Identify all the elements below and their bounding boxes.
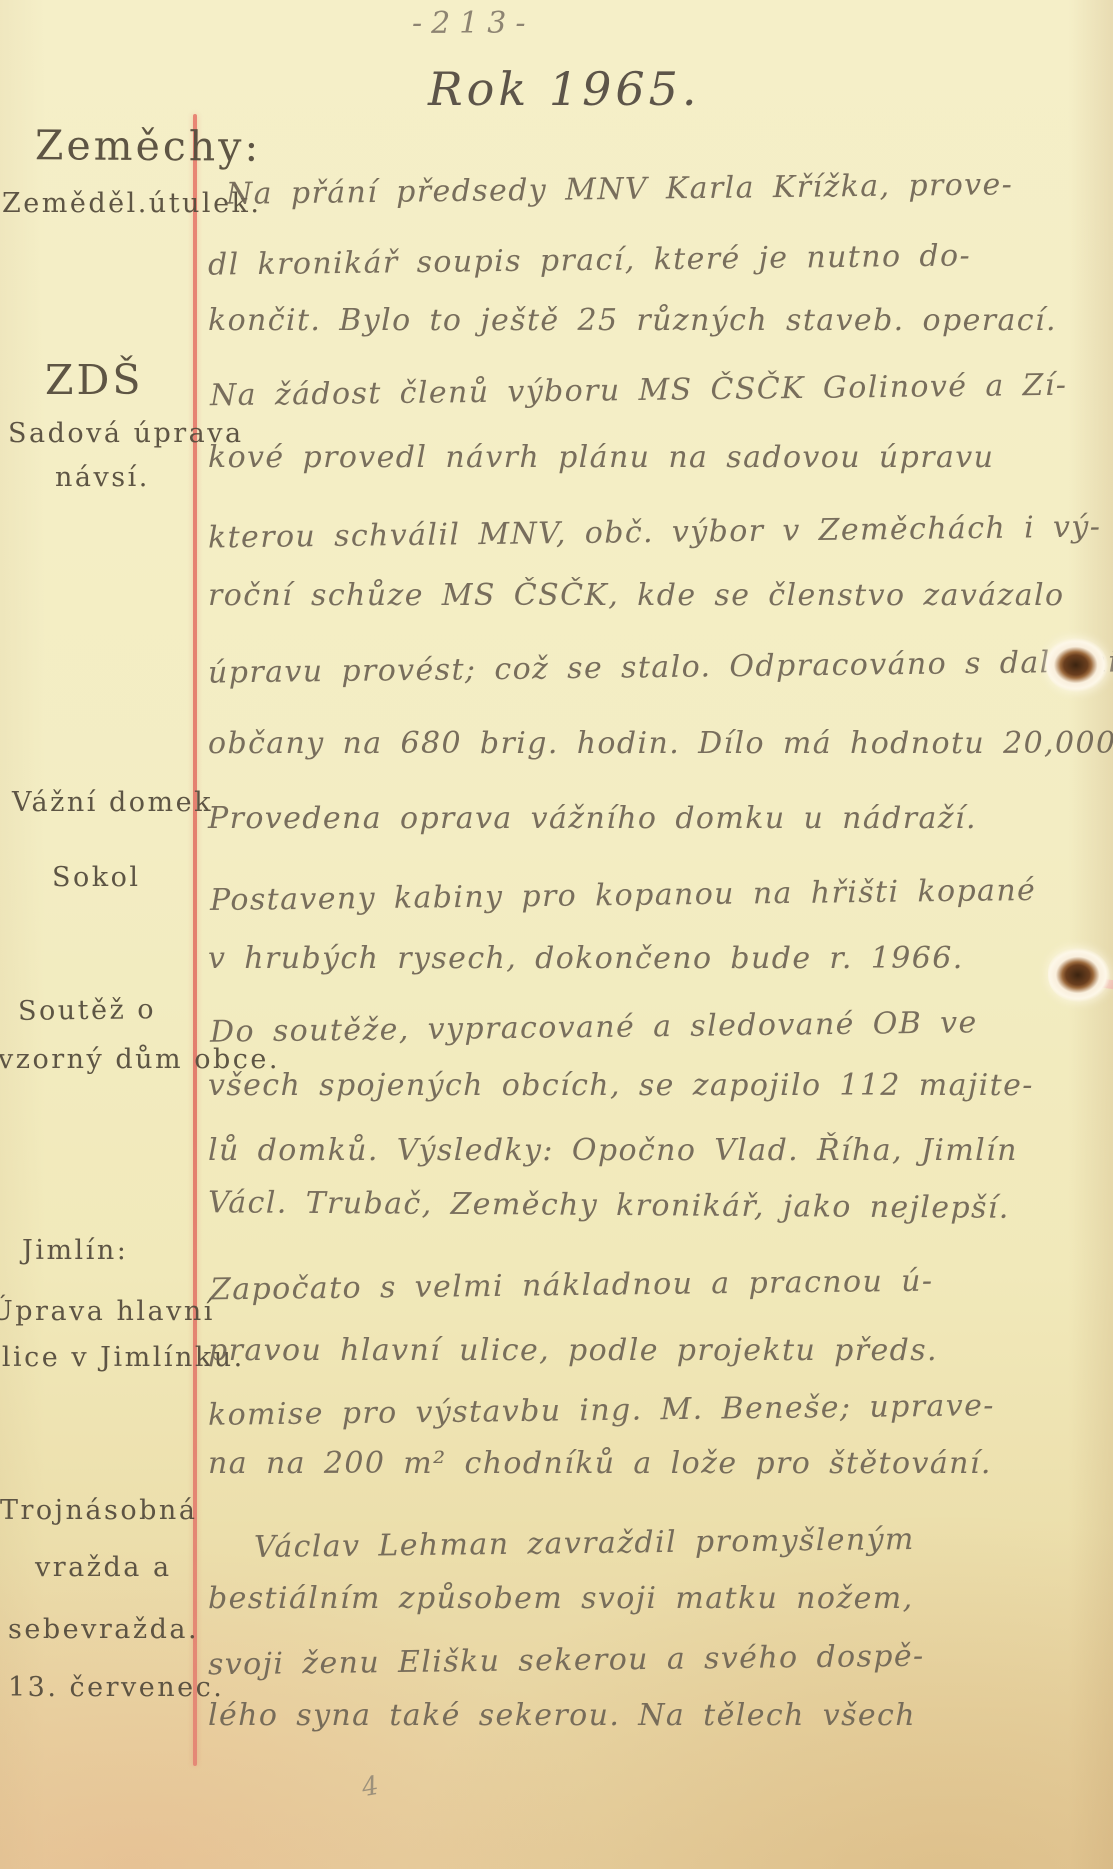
text-line: kové provedl návrh plánu na sadovou úpra… [208,440,994,475]
text-line: Započato s velmi nákladnou a pracnou ú- [210,1264,934,1308]
margin-heading: 13. červenec. [8,1672,224,1703]
margin-heading: Zeměděl.útulek. [2,188,262,219]
text-line: Na přání předsedy MNV Karla Křížka, prov… [226,167,1014,212]
text-line: Václ. Trubač, Zeměchy kronikář, jako nej… [208,1185,1010,1226]
text-line: roční schůze MS ČSČK, kde se členstvo za… [208,578,1064,613]
text-line: Do soutěže, vypracované a sledované OB v… [210,1005,978,1049]
margin-heading: Sokol [52,862,141,893]
margin-heading: Jimlín: [22,1235,128,1266]
text-line: končit. Bylo to ještě 25 různých staveb.… [208,303,1057,338]
page-number: -213- [412,6,535,41]
text-line: všech spojených obcích, se zapojilo 112 … [208,1068,1034,1103]
text-line: na na 200 m² chodníků a lože pro štětová… [208,1446,992,1481]
chronicle-page: -213- Rok 1965. Zeměchy: Zeměděl.útulek.… [0,0,1113,1869]
margin-heading: Soutěž o [18,994,156,1027]
text-line: úpravu provést; což se stalo. Odpracován… [208,644,1113,690]
text-line: občany na 680 brig. hodin. Dílo má hodno… [208,726,1113,761]
text-line: Postaveny kabiny pro kopanou na hřišti k… [210,873,1037,918]
text-line: bestiálním způsobem svoji matku nožem, [208,1581,914,1616]
text-line: svoji ženu Elišku sekerou a svého dospě- [208,1639,925,1683]
margin-heading: Trojnásobná [0,1495,197,1526]
binding-hole [1046,638,1108,692]
margin-heading: Vážní domek [12,787,213,818]
margin-heading: Zeměchy: [35,121,262,171]
margin-heading: návsí. [55,462,150,493]
text-line: pravou hlavní ulice, podle projektu před… [208,1333,938,1368]
text-line: Na žádost členů výboru MS ČSČK Golinové … [210,368,1068,413]
text-line: lů domků. Výsledky: Opočno Vlad. Říha, J… [208,1133,1018,1168]
text-line: Provedena oprava vážního domku u nádraží… [208,801,977,836]
text-line: dl kronikář soupis prací, které je nutno… [208,238,971,282]
margin-heading: ZDŠ [45,356,143,404]
text-line: kterou schválil MNV, obč. výbor v Zeměch… [208,510,1102,556]
text-line: v hrubých rysech, dokončeno bude r. 1966… [208,941,964,976]
binding-hole [1048,948,1110,1002]
margin-heading: Úprava hlavní [0,1296,215,1327]
text-line: lého syna také sekerou. Na tělech všech [208,1698,916,1733]
margin-heading: vražda a [35,1552,172,1583]
page-title: Rok 1965. [428,62,701,116]
text-line: komise pro výstavbu ing. M. Beneše; upra… [208,1388,995,1433]
text-line: Václav Lehman zavraždil promyšleným [254,1522,915,1565]
bottom-pencil-mark: 4 [360,1771,382,1803]
margin-heading: sebevražda. [8,1614,199,1645]
